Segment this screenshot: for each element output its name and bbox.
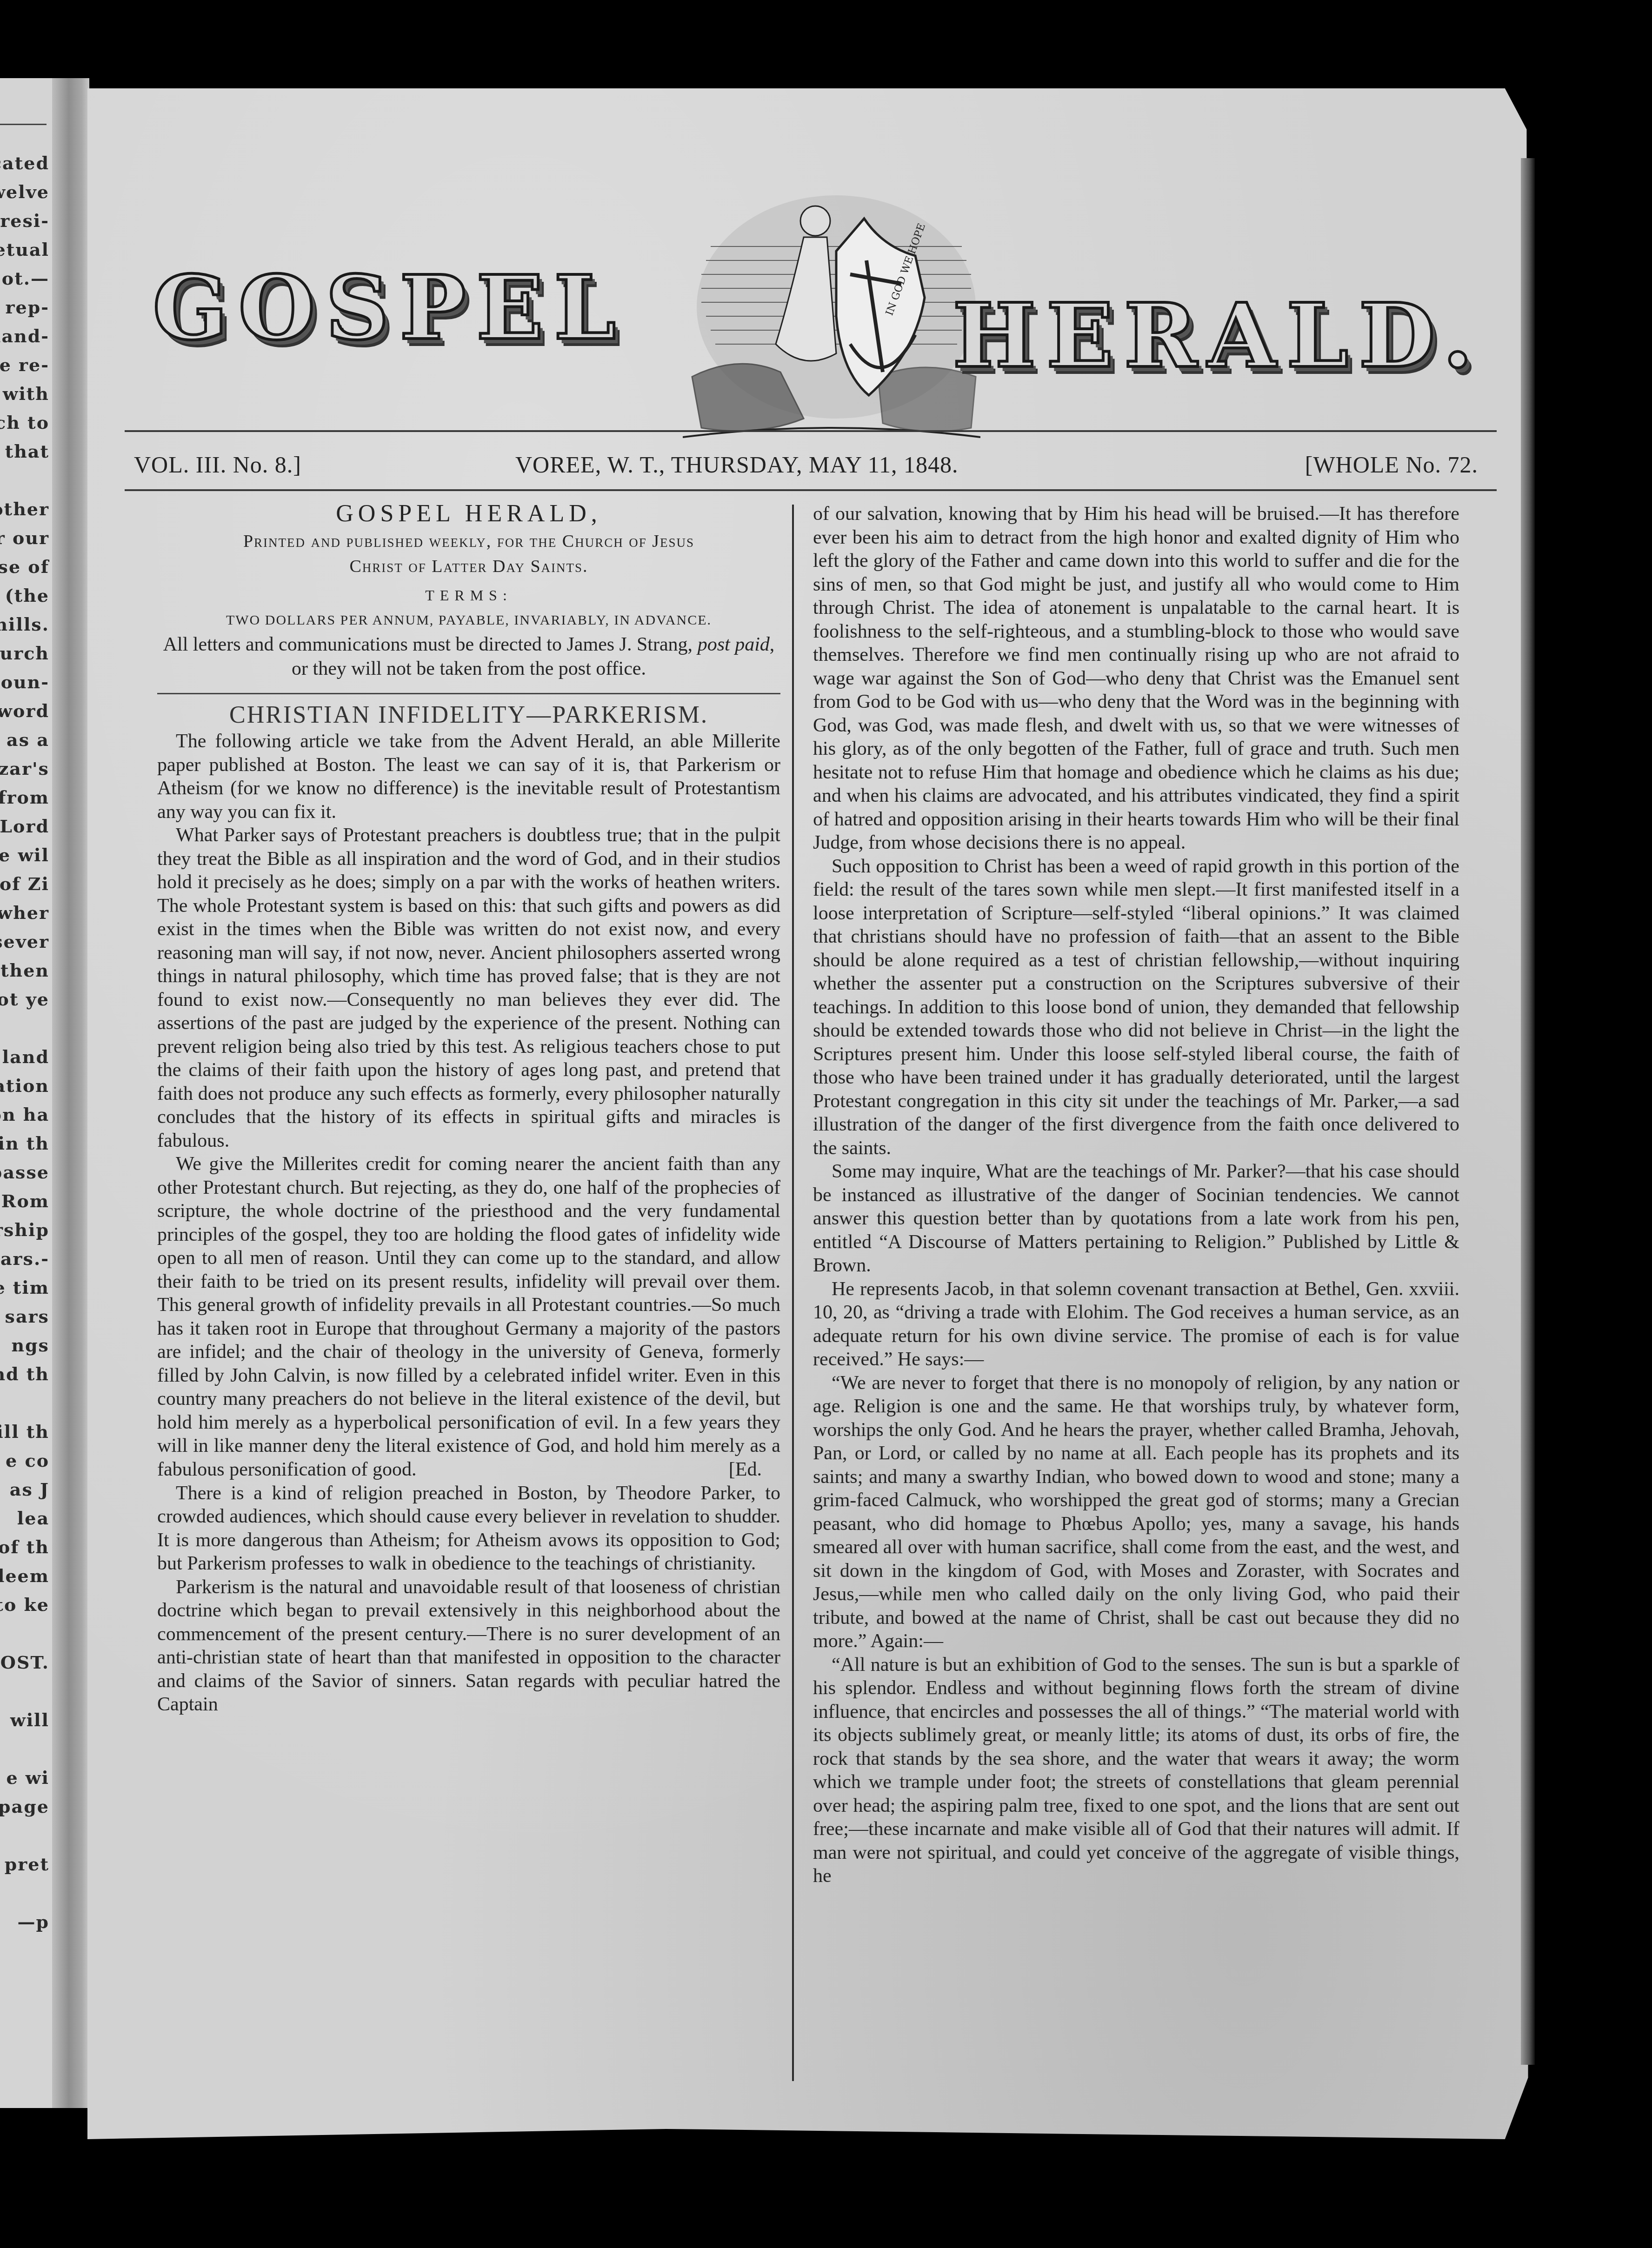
previous-page-line: se of xyxy=(0,556,49,577)
section-divider xyxy=(157,693,780,694)
publication-date: VOREE, W. T., THURSDAY, MAY 11, 1848. xyxy=(515,451,958,478)
article-paragraph: “All nature is but an exhibition of God … xyxy=(813,1653,1459,1888)
previous-page-line: in th xyxy=(0,1133,49,1154)
previous-page-line: ngs xyxy=(11,1335,49,1356)
masthead-bottom-rule xyxy=(125,489,1497,491)
masthead-title-right: HERALD. xyxy=(953,284,1483,387)
previous-page-line: sars xyxy=(5,1306,49,1327)
article-paragraph: “We are never to forget that there is no… xyxy=(813,1371,1459,1653)
previous-page-line: (the xyxy=(5,585,49,606)
previous-page-line: Lord xyxy=(0,816,49,837)
previous-page-line: er our xyxy=(0,527,49,548)
previous-page-line: ot ye xyxy=(0,989,49,1010)
previous-page-line: hurch xyxy=(0,643,49,664)
previous-page-line: of Zi xyxy=(0,873,49,894)
article-paragraph: What Parker says of Protestant preachers… xyxy=(157,824,780,1152)
previous-page-line: zzar's xyxy=(0,758,49,779)
previous-page-line: r from xyxy=(0,787,49,808)
previous-page-line: icated xyxy=(0,153,49,173)
previous-page-line: pret xyxy=(5,1854,49,1875)
previous-page-line: e wil xyxy=(0,845,49,865)
previous-page-line: petual xyxy=(0,239,49,260)
previous-page-line: —p xyxy=(17,1911,49,1932)
previous-page-line: nation xyxy=(0,1075,49,1096)
previous-page-line: wher xyxy=(0,902,49,923)
previous-page-line: e wi xyxy=(6,1767,49,1788)
article-headline: CHRISTIAN INFIDELITY—PARKERISM. xyxy=(157,704,780,727)
previous-page-line: lea xyxy=(17,1508,49,1529)
column-divider xyxy=(792,505,794,2081)
left-column: GOSPEL HERALD, Printed and published wee… xyxy=(157,502,780,1716)
address-pre: All letters and communications must be d… xyxy=(163,634,693,655)
previous-page-line: OST. xyxy=(0,1652,49,1673)
previous-page-line: l rep- xyxy=(0,297,49,318)
whole-number: [WHOLE No. 72. xyxy=(1305,451,1478,478)
previous-page-line: ears.- xyxy=(0,1248,49,1269)
masthead: GOSPEL IN GOD WE HOPE xyxy=(87,88,1534,414)
article-paragraph: There is a kind of religion preached in … xyxy=(157,1482,780,1576)
previous-page-fragment: icatedwelvePresi-petualot.—l rep-nand-e … xyxy=(0,78,52,2108)
previous-page-line: Presi- xyxy=(0,210,49,231)
previous-page-line: as J xyxy=(10,1479,49,1500)
imprint-line-2: Christ of Latter Day Saints. xyxy=(157,554,780,579)
previous-page-line: deem xyxy=(0,1565,49,1586)
previous-page-line: to ke xyxy=(0,1594,49,1615)
terms-text: TWO DOLLARS PER ANNUM, PAYABLE, INVARIAB… xyxy=(157,609,780,632)
masthead-title-left: GOSPEL xyxy=(153,256,626,359)
address-notice: All letters and communications must be d… xyxy=(157,632,780,681)
terms-label: TERMS: xyxy=(157,584,780,607)
previous-page-line: Moun- xyxy=(0,672,49,692)
previous-page-line: other xyxy=(0,499,49,519)
previous-page-line: e co xyxy=(6,1450,49,1471)
article-paragraph: Parkerism is the natural and unavoidable… xyxy=(157,1576,780,1716)
previous-page-line: 'land xyxy=(0,1046,49,1067)
article-paragraph: Such opposition to Christ has been a wee… xyxy=(813,855,1459,1160)
article-paragraph: The following article we take from the A… xyxy=(157,730,780,824)
previous-page-line: of th xyxy=(0,1536,49,1557)
previous-page-line: ill th xyxy=(0,1421,49,1442)
dateline-bar: VOL. III. No. 8.] VOREE, W. T., THURSDAY… xyxy=(134,451,1478,479)
previous-page-line: then xyxy=(0,960,49,981)
anchor-shield-vignette-icon: IN GOD WE HOPE xyxy=(683,177,980,456)
previous-page-line: rship xyxy=(0,1219,49,1240)
volume-number: VOL. III. No. 8.] xyxy=(134,451,301,478)
previous-page-line: on ha xyxy=(0,1104,49,1125)
previous-page-line: l as a xyxy=(0,729,49,750)
article-paragraph: of our salvation, knowing that by Him hi… xyxy=(813,502,1459,855)
previous-page-line: welve xyxy=(0,181,49,202)
newspaper-page: GOSPEL IN GOD WE HOPE xyxy=(87,88,1534,2139)
imprint-paper-name: GOSPEL HERALD, xyxy=(157,502,780,526)
previous-page-line: sever xyxy=(0,931,49,952)
page-edge-shadow xyxy=(1521,158,1535,2065)
previous-page-line: ch to xyxy=(0,412,49,433)
imprint-line-1: Printed and published weekly, for the Ch… xyxy=(157,529,780,554)
address-em: post paid xyxy=(698,634,770,655)
previous-page-line: will xyxy=(10,1709,49,1730)
article-paragraph: He represents Jacob, in that solemn cove… xyxy=(813,1277,1459,1371)
previous-page-line: e tim xyxy=(0,1277,49,1298)
right-column: of our salvation, knowing that by Him hi… xyxy=(813,502,1459,1888)
previous-page-line: page xyxy=(0,1796,49,1817)
previous-page-rule xyxy=(0,124,47,125)
previous-page-line: passe xyxy=(0,1162,49,1183)
previous-page-line: ot.— xyxy=(2,268,49,289)
book-gutter xyxy=(52,78,89,2108)
previous-page-line: word xyxy=(0,700,49,721)
previous-page-line: e re- xyxy=(0,354,49,375)
previous-page-line: nand- xyxy=(0,326,49,346)
previous-page-line: Rom xyxy=(1,1191,49,1211)
masthead-top-rule xyxy=(125,430,1497,432)
previous-page-line: hills. xyxy=(0,614,49,635)
article-paragraph: Some may inquire, What are the teachings… xyxy=(813,1160,1459,1277)
previous-page-line: that xyxy=(5,441,49,462)
previous-page-line: with xyxy=(3,383,49,404)
article-paragraph: We give the Millerites credit for coming… xyxy=(157,1152,780,1481)
imprint-block: GOSPEL HERALD, Printed and published wee… xyxy=(157,502,780,681)
previous-page-line: nd th xyxy=(0,1363,49,1384)
